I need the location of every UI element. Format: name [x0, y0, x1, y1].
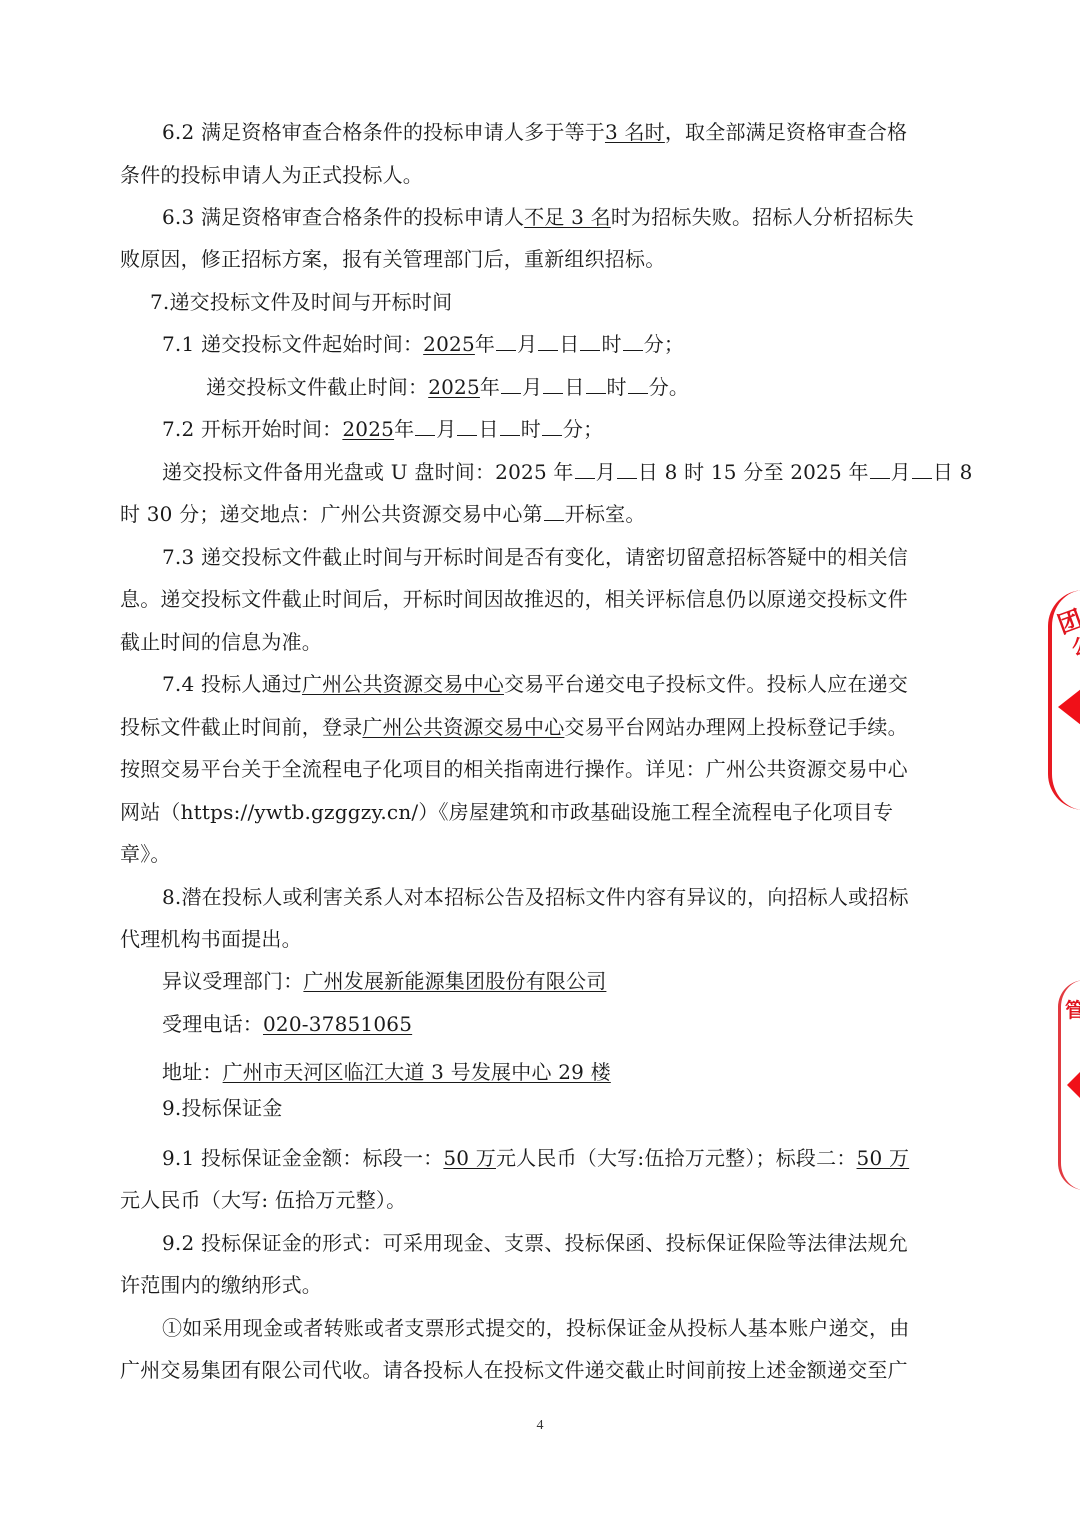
amount-lot-2: 50 万	[857, 1146, 910, 1170]
text: 日 8 时 15 分至 2025 年	[638, 460, 869, 484]
paragraph-7-2-open-time: 7.2 开标开始时间：2025年月日时分；	[162, 417, 603, 441]
hour-unit: 时	[601, 332, 621, 356]
paragraph-8-line-1: 8.潜在投标人或利害关系人对本招标公告及招标文件内容有异议的，向招标人或招标	[162, 885, 909, 909]
objection-address: 地址：广州市天河区临江大道 3 号发展中心 29 楼	[162, 1060, 611, 1084]
hour-unit: 时	[521, 417, 541, 441]
minute-unit: 分；	[563, 417, 603, 441]
paragraph-9-2-item-1-line-2: 广州交易集团有限公司代收。请各投标人在投标文件递交截止时间前按上述金额递交至广	[120, 1358, 908, 1382]
year-unit: 年	[394, 417, 414, 441]
hour-unit: 时	[607, 375, 627, 399]
text: 递交投标文件备用光盘或 U 盘时间：2025 年	[162, 460, 574, 484]
paragraph-6-3-line-1: 6.3 满足资格审查合格条件的投标申请人不足 3 名时为招标失败。招标人分析招标…	[162, 205, 914, 229]
text: 投标文件截止时间前，登录	[120, 715, 362, 739]
underlined-org: 广州公共资源交易中心	[362, 715, 564, 739]
section-9-heading: 9.投标保证金	[162, 1096, 282, 1120]
paragraph-9-1-line-1: 9.1 投标保证金金额：标段一：50 万元人民币（大写:伍拾万元整）；标段二：5…	[162, 1146, 909, 1170]
month-blank	[870, 460, 890, 479]
room-blank	[544, 502, 564, 521]
underlined-count: 3 名时	[605, 120, 665, 144]
seal-stamp-upper: 团 公	[1048, 590, 1080, 810]
seal-stamp-lower: 管	[1058, 980, 1080, 1190]
paragraph-7-3-line-3: 截止时间的信息为准。	[120, 630, 322, 654]
paragraph-7-3-line-2: 息。递交投标文件截止时间后，开标时间因故推迟的，相关评标信息仍以原递交投标文件	[120, 587, 908, 611]
month-blank	[575, 460, 595, 479]
hour-blank	[586, 375, 606, 394]
hour-blank	[580, 332, 600, 351]
label: 受理电话：	[162, 1012, 263, 1036]
paragraph-6-2-line-2: 条件的投标申请人为正式投标人。	[120, 163, 423, 187]
text: 月	[891, 460, 911, 484]
month-blank	[496, 332, 516, 351]
objection-phone: 受理电话：020-37851065	[162, 1012, 412, 1036]
hour-blank	[500, 417, 520, 436]
minute-blank	[542, 417, 562, 436]
underlined-count: 不足 3 名	[524, 205, 611, 229]
minute-unit: 分；	[644, 332, 684, 356]
day-unit: 日	[559, 332, 579, 356]
text: 时为招标失败。招标人分析招标失	[611, 205, 914, 229]
year-unit: 年	[475, 332, 495, 356]
paragraph-7-4-line-1: 7.4 投标人通过广州公共资源交易中心交易平台递交电子投标文件。投标人应在递交	[162, 672, 908, 696]
objection-department: 异议受理部门：广州发展新能源集团股份有限公司	[162, 969, 606, 993]
minute-unit: 分。	[649, 375, 689, 399]
month-unit: 月	[522, 375, 542, 399]
label: 递交投标文件截止时间：	[206, 375, 428, 399]
page-number: 4	[0, 1418, 1080, 1434]
text: 6.2 满足资格审查合格条件的投标申请人多于等于	[162, 120, 605, 144]
paragraph-7-1-end-time: 递交投标文件截止时间：2025年月日时分。	[206, 375, 689, 399]
value: 020-37851065	[263, 1012, 412, 1036]
paragraph-7-4-line-4: 网站（https://ywtb.gzggzy.cn/）《房屋建筑和市政基础设施工…	[120, 800, 893, 824]
stamp-glyph: 管	[1065, 998, 1080, 1022]
label: 地址：	[162, 1060, 223, 1084]
paragraph-7-4-line-3: 按照交易平台关于全流程电子化项目的相关指南进行操作。详见：广州公共资源交易中心	[120, 757, 908, 781]
year-unit: 年	[480, 375, 500, 399]
label: 7.2 开标开始时间：	[162, 417, 342, 441]
paragraph-6-2-line-1: 6.2 满足资格审查合格条件的投标申请人多于等于3 名时，取全部满足资格审查合格	[162, 120, 907, 144]
paragraph-8-line-2: 代理机构书面提出。	[120, 927, 302, 951]
text: 9.1 投标保证金金额：标段一：	[162, 1146, 443, 1170]
paragraph-7-3-line-1: 7.3 递交投标文件截止时间与开标时间是否有变化，请密切留意招标答疑中的相关信	[162, 545, 908, 569]
text: ，取全部满足资格审查合格	[665, 120, 907, 144]
paragraph-9-2-item-1-line-1: ①如采用现金或者转账或者支票形式提交的，投标保证金从投标人基本账户递交，由	[162, 1316, 909, 1340]
paragraph-7-1-start-time: 7.1 递交投标文件起始时间：2025年月日时分；	[162, 332, 684, 356]
text: 6.3 满足资格审查合格条件的投标申请人	[162, 205, 524, 229]
paragraph-9-2-line-2: 许范围内的缴纳形式。	[120, 1273, 322, 1297]
minute-blank	[623, 332, 643, 351]
text: 7.4 投标人通过	[162, 672, 302, 696]
day-blank	[912, 460, 932, 479]
underlined-org: 广州公共资源交易中心	[302, 672, 504, 696]
day-blank	[538, 332, 558, 351]
year-value: 2025	[428, 375, 480, 399]
text: 日 8	[933, 460, 973, 484]
stamp-glyph: 公	[1070, 632, 1080, 659]
month-unit: 月	[436, 417, 456, 441]
text: 开标室。	[565, 502, 646, 526]
paragraph-7-4-line-5: 章》。	[120, 842, 171, 866]
year-value: 2025	[342, 417, 394, 441]
month-blank	[501, 375, 521, 394]
month-blank	[415, 417, 435, 436]
day-blank	[457, 417, 477, 436]
stamp-star-icon	[1058, 685, 1080, 729]
value: 广州发展新能源集团股份有限公司	[303, 969, 606, 993]
day-blank	[543, 375, 563, 394]
text: 交易平台网站办理网上投标登记手续。	[564, 715, 907, 739]
paragraph-6-3-line-2: 败原因，修正招标方案，报有关管理部门后，重新组织招标。	[120, 247, 665, 271]
paragraph-7-4-line-2: 投标文件截止时间前，登录广州公共资源交易中心交易平台网站办理网上投标登记手续。	[120, 715, 908, 739]
section-7-heading: 7.递交投标文件及时间与开标时间	[150, 290, 452, 314]
paragraph-9-2-line-1: 9.2 投标保证金的形式：可采用现金、支票、投标保函、投标保证保险等法律法规允	[162, 1231, 908, 1255]
day-blank	[617, 460, 637, 479]
stamp-star-icon	[1067, 1065, 1080, 1105]
backup-media-time-line-2: 时 30 分；递交地点：广州公共资源交易中心第开标室。	[120, 502, 646, 526]
minute-blank	[628, 375, 648, 394]
amount-lot-1: 50 万	[443, 1146, 496, 1170]
text: 月	[596, 460, 616, 484]
text: 元人民币（大写:伍拾万元整）；标段二：	[496, 1146, 857, 1170]
year-value: 2025	[423, 332, 475, 356]
text: 时 30 分；递交地点：广州公共资源交易中心第	[120, 502, 543, 526]
day-unit: 日	[478, 417, 498, 441]
paragraph-9-1-line-2: 元人民币（大写: 伍拾万元整）。	[120, 1188, 406, 1212]
label: 7.1 递交投标文件起始时间：	[162, 332, 423, 356]
month-unit: 月	[517, 332, 537, 356]
text: 交易平台递交电子投标文件。投标人应在递交	[504, 672, 908, 696]
day-unit: 日	[564, 375, 584, 399]
backup-media-time-line-1: 递交投标文件备用光盘或 U 盘时间：2025 年月日 8 时 15 分至 202…	[162, 460, 973, 484]
value: 广州市天河区临江大道 3 号发展中心 29 楼	[223, 1060, 611, 1084]
stamp-glyph: 团	[1055, 607, 1080, 638]
label: 异议受理部门：	[162, 969, 303, 993]
